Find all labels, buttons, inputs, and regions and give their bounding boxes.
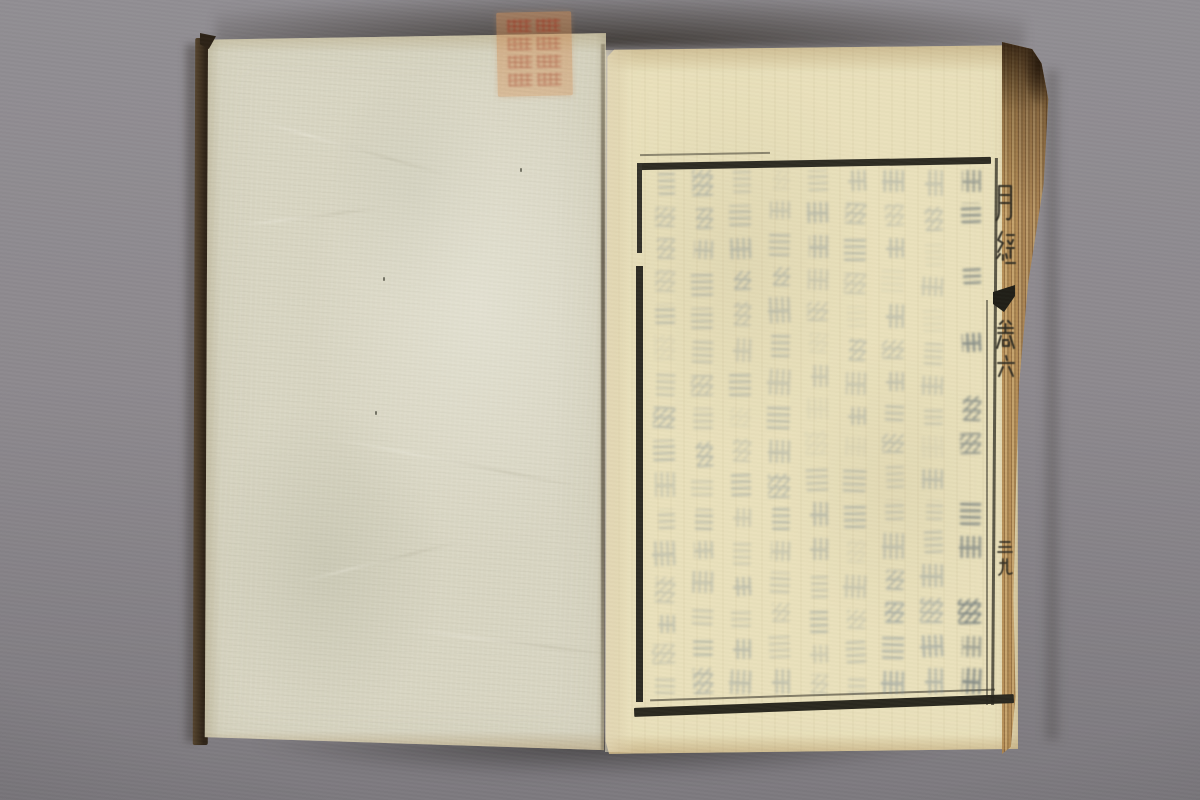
bleed-glyph xyxy=(773,170,790,190)
bleed-glyph xyxy=(845,203,867,225)
bleed-glyph xyxy=(695,441,713,466)
bleed-glyph xyxy=(733,639,751,659)
fold-line-inner xyxy=(986,300,988,705)
gutter-highlight xyxy=(605,50,635,752)
bleed-glyph xyxy=(768,230,790,256)
bleed-glyph xyxy=(770,201,790,220)
bleed-glyph xyxy=(963,170,982,192)
bleed-glyph xyxy=(768,474,790,498)
bleed-glyph xyxy=(730,408,752,428)
bleed-glyph xyxy=(772,508,790,530)
bleed-glyph xyxy=(882,433,905,452)
bleed-glyph xyxy=(807,302,828,321)
bleed-glyph xyxy=(691,307,713,328)
fold-title-char-1: 脈 xyxy=(995,183,1015,223)
bleed-glyph xyxy=(808,332,828,353)
bleed-glyph xyxy=(960,433,981,455)
bleed-glyph xyxy=(886,238,904,258)
tape-label xyxy=(496,11,573,97)
bleed-glyph xyxy=(809,609,828,633)
bleed-glyph xyxy=(692,605,714,625)
bleed-glyph xyxy=(731,474,752,497)
bleed-glyph xyxy=(733,439,752,463)
tape-mark xyxy=(537,36,561,49)
fold-folio-chars: 三 九 xyxy=(997,538,1013,578)
fold-title-char-2: 經 xyxy=(994,228,1016,270)
bleed-glyph xyxy=(847,306,867,328)
bleed-glyph xyxy=(846,640,867,663)
bleed-through-text xyxy=(651,170,981,694)
bleed-glyph xyxy=(844,273,867,294)
bleed-glyph xyxy=(845,436,866,456)
bleed-glyph xyxy=(961,203,981,224)
tape-mark xyxy=(537,72,561,85)
bleed-glyph xyxy=(692,170,713,196)
bleed-glyph xyxy=(694,541,713,560)
bleed-glyph xyxy=(692,478,714,496)
paper-crease xyxy=(405,628,614,656)
fold-volume-char-2: 六 xyxy=(996,354,1016,380)
bleed-glyph xyxy=(768,440,790,463)
bleed-glyph xyxy=(923,406,942,425)
bleed-glyph xyxy=(769,571,790,593)
bleed-glyph xyxy=(920,598,943,623)
bleed-glyph xyxy=(920,277,943,297)
bleed-glyph xyxy=(887,570,905,590)
bleed-glyph xyxy=(810,502,828,527)
bleed-glyph xyxy=(847,540,867,564)
tape-mark xyxy=(537,54,561,67)
bleed-glyph xyxy=(920,564,942,587)
bleed-glyph xyxy=(962,333,982,353)
paper-crease xyxy=(234,207,383,227)
bleed-glyph xyxy=(924,207,943,232)
bleed-glyph xyxy=(920,634,944,658)
tape-mark xyxy=(508,37,532,50)
bleed-glyph xyxy=(655,304,675,324)
tape-mark xyxy=(508,55,532,68)
bleed-glyph xyxy=(655,270,675,293)
bleed-glyph xyxy=(848,610,867,629)
paper-crease xyxy=(326,436,582,488)
bleed-glyph xyxy=(733,577,752,597)
bleed-glyph xyxy=(734,301,752,326)
bleed-glyph xyxy=(962,636,982,657)
bleed-glyph xyxy=(883,635,905,659)
bleed-glyph xyxy=(806,398,828,420)
bleed-glyph xyxy=(845,236,867,262)
bleed-glyph xyxy=(886,464,905,488)
bleed-glyph xyxy=(843,467,867,493)
bleed-glyph xyxy=(734,170,752,193)
bleed-glyph xyxy=(886,304,905,328)
bleed-glyph xyxy=(693,668,714,695)
frame-left-border-upper xyxy=(637,163,642,253)
bleed-glyph xyxy=(733,539,752,565)
bleed-glyph xyxy=(696,208,713,229)
bleed-glyph xyxy=(962,266,981,285)
gutter xyxy=(601,44,605,750)
bleed-glyph xyxy=(925,242,943,266)
bleed-glyph xyxy=(882,340,904,360)
bleed-glyph xyxy=(657,170,675,195)
bleed-glyph xyxy=(771,540,790,561)
bleed-glyph xyxy=(768,296,791,323)
frame-left-border-lower xyxy=(636,266,643,702)
bleed-column xyxy=(881,170,905,694)
bleed-glyph xyxy=(657,238,675,259)
bleed-glyph xyxy=(658,615,676,633)
bleed-glyph xyxy=(886,602,905,623)
bleed-glyph xyxy=(810,644,828,663)
bleed-glyph xyxy=(881,269,905,292)
bleed-glyph xyxy=(958,599,981,624)
dust-speck xyxy=(520,168,522,172)
bleed-glyph xyxy=(887,372,905,391)
bleed-glyph xyxy=(809,235,828,258)
paper-crease xyxy=(296,540,461,583)
bleed-glyph xyxy=(843,575,867,599)
bleed-glyph xyxy=(808,269,829,291)
bleed-glyph xyxy=(925,668,943,694)
bleed-column xyxy=(651,170,675,694)
bleed-glyph xyxy=(652,406,675,428)
bleed-glyph xyxy=(922,469,943,489)
bleed-glyph xyxy=(963,396,981,422)
bleed-glyph xyxy=(767,405,791,430)
paper-crease xyxy=(248,117,450,177)
bleed-glyph xyxy=(653,439,676,461)
bleed-glyph xyxy=(962,668,982,695)
bleed-glyph xyxy=(729,205,752,226)
bleed-column xyxy=(728,170,752,694)
bleed-glyph xyxy=(924,343,944,366)
bleed-glyph xyxy=(885,204,905,227)
bleed-glyph xyxy=(848,675,866,694)
bleed-glyph xyxy=(692,340,714,363)
photo: 脈 經 卷 六 三 九 xyxy=(0,0,1200,800)
dust-speck xyxy=(375,411,377,415)
bleed-glyph xyxy=(808,170,828,191)
bleed-glyph xyxy=(691,271,713,295)
bleed-glyph xyxy=(849,407,867,425)
bleed-column xyxy=(842,170,866,694)
bleed-glyph xyxy=(694,637,714,656)
bleed-glyph xyxy=(921,436,943,458)
bleed-glyph xyxy=(654,577,675,604)
bleed-glyph xyxy=(730,374,752,396)
bleed-column xyxy=(689,170,713,694)
bleed-glyph xyxy=(655,206,676,227)
bleed-column xyxy=(766,170,790,694)
bleed-glyph xyxy=(921,376,943,396)
bleed-glyph xyxy=(925,170,943,196)
left-page xyxy=(204,31,608,753)
tape-mark xyxy=(507,19,531,32)
bleed-glyph xyxy=(811,365,828,387)
bleed-glyph xyxy=(811,572,828,598)
bleed-glyph xyxy=(652,540,676,566)
bleed-glyph xyxy=(693,408,713,429)
bleed-glyph xyxy=(695,508,713,529)
fold-volume-char-1: 卷 xyxy=(995,318,1016,352)
bleed-glyph xyxy=(655,676,675,694)
bleed-glyph xyxy=(807,202,829,223)
bleed-glyph xyxy=(883,170,905,192)
bleed-column xyxy=(919,170,943,694)
bleed-glyph xyxy=(844,504,866,528)
bleed-column xyxy=(957,170,981,694)
bleed-glyph xyxy=(771,333,790,358)
bleed-glyph xyxy=(923,530,943,553)
dust-speck xyxy=(383,277,385,281)
bleed-glyph xyxy=(925,500,943,520)
bleed-glyph xyxy=(692,571,714,594)
bleed-glyph xyxy=(810,538,828,560)
bleed-glyph xyxy=(772,669,790,694)
bleed-glyph xyxy=(922,307,943,332)
bleed-glyph xyxy=(772,267,789,286)
bleed-glyph xyxy=(769,632,791,658)
tape-mark xyxy=(536,18,560,31)
bleed-glyph xyxy=(885,500,905,520)
bleed-glyph xyxy=(732,608,752,627)
bleed-glyph xyxy=(654,335,675,360)
bleed-glyph xyxy=(805,431,829,456)
shadow-right-of-book xyxy=(1046,70,1058,740)
bleed-glyph xyxy=(733,338,752,363)
bleed-glyph xyxy=(656,371,675,395)
bleed-glyph xyxy=(882,532,905,558)
bleed-glyph xyxy=(848,170,866,192)
tape-marks xyxy=(496,11,573,94)
bleed-glyph xyxy=(767,368,791,395)
bleed-glyph xyxy=(729,670,752,694)
fishtail-mark xyxy=(992,284,1016,314)
bleed-glyph xyxy=(811,674,828,694)
bleed-glyph xyxy=(959,536,981,558)
bleed-glyph xyxy=(734,271,751,290)
bleed-glyph xyxy=(691,375,713,397)
bleed-glyph xyxy=(846,372,867,395)
bleed-glyph xyxy=(849,338,867,360)
bleed-glyph xyxy=(652,644,676,665)
bleed-glyph xyxy=(655,472,675,497)
bleed-glyph xyxy=(694,240,714,260)
bleed-glyph xyxy=(805,467,828,491)
bleed-glyph xyxy=(734,508,752,528)
tape-mark xyxy=(508,73,532,86)
bleed-column xyxy=(804,170,828,694)
bleed-glyph xyxy=(772,603,790,622)
bleed-glyph xyxy=(658,509,676,530)
bleed-glyph xyxy=(730,237,752,259)
bleed-glyph xyxy=(960,498,981,524)
bleed-glyph xyxy=(882,671,905,694)
bleed-glyph xyxy=(885,403,905,422)
left-page-text xyxy=(204,31,205,32)
